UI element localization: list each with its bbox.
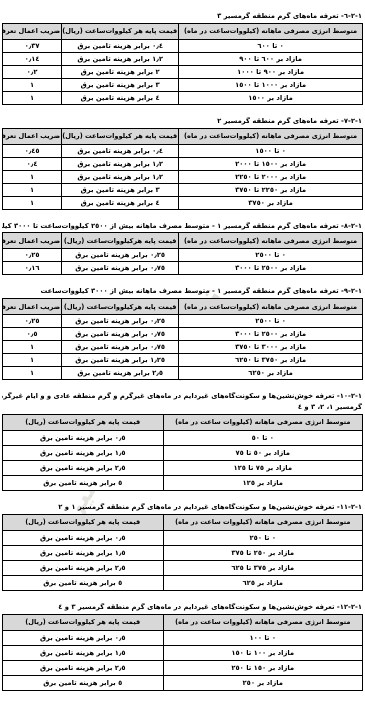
table-cell: ٠ تا ١٥٠٠	[179, 144, 363, 157]
tariff-table-7: متوسط انرژی مصرفی ماهانه (کیلووات ساعت د…	[2, 614, 363, 691]
tariff-table-5: متوسط انرژی مصرفی ماهانه (کیلووات ساعت د…	[2, 414, 363, 491]
table-row: مازاد بر ٥٠ تا ٧٥١٫٥ برابر هزینه تامین ب…	[3, 445, 363, 460]
table-cell: ٠٫٧٥ برابر هزینه تامین برق	[62, 328, 179, 341]
table-row: مازاد بر ٢٢٥٠ تا ٣٧٥٠٣ برابر هزینه تامین…	[3, 183, 363, 196]
column-header: قیمت پایه هر کیلووات‌ساعت (ریال)	[3, 614, 164, 630]
table-cell: ٠٫٤ برابر هزینه تامین برق	[62, 39, 179, 52]
table-cell: مازاد بر ١٥٠٠	[179, 91, 363, 104]
table-row: مازاد بر ٦٠٠ تا ٩٠٠١٫٢ برابر هزینه تامین…	[3, 52, 363, 65]
table-cell: ٠٫٢٥ برابر هزینه تامین برق	[62, 315, 179, 328]
table-cell: ٠ تا ٢٥٠٠	[179, 249, 363, 262]
tariff-section: ١-٢-٩- تعرفه ماه‌های گرم منطقه گرمسیر ١ …	[2, 287, 363, 380]
table-cell: ١	[3, 170, 62, 183]
table-cell: مازاد بر ٢٢٥٠ تا ٣٧٥٠	[179, 183, 363, 196]
column-header: متوسط انرژی مصرفی ماهانه (کیلووات‌ساعت د…	[179, 23, 363, 39]
section-title: ١-٢-٨- تعرفه ماه‌های گرم منطقه گرمسیر ١ …	[2, 222, 362, 231]
column-header: متوسط انرژی مصرفی ماهانه (کیلووات ساعت د…	[163, 614, 362, 630]
table-cell: ١٫٥ برابر هزینه تامین برق	[3, 645, 164, 660]
table-header-row: متوسط انرژی مصرفی ماهانه (کیلووات‌ساعت د…	[3, 128, 363, 144]
table-cell: مازاد بر ٥٠ تا ٧٥	[163, 445, 362, 460]
tariff-table-1: متوسط انرژی مصرفی ماهانه (کیلووات‌ساعت د…	[2, 23, 363, 105]
table-cell: ١	[3, 341, 62, 354]
table-cell: ٠٫٤	[3, 157, 62, 170]
table-cell: ٠٫١٤	[3, 52, 62, 65]
table-cell: مازاد بر ١٢٥	[163, 475, 362, 490]
column-header: قیمت پایه هر کیلووات‌ساعت (ریال)	[62, 23, 179, 39]
table-cell: ١٫٥ برابر هزینه تامین برق	[3, 445, 164, 460]
table-row: ٠ تا ١٠٠٠٫٥ برابر هزینه تامین برق	[3, 630, 363, 645]
table-row: ٠ تا ٢٥٠٠٠٫٢٥ برابر هزینه تامین برق٠٫٢٥	[3, 315, 363, 328]
table-cell: مازاد بر ٣٧٥٠	[179, 196, 363, 209]
table-cell: مازاد بر ١٥٠ تا ٢٥٠	[163, 660, 362, 675]
tariff-table-4: متوسط انرژی مصرفی ماهانه (کیلووات‌ساعت د…	[2, 298, 363, 380]
table-cell: ٥ برابر هزینه تامین برق	[3, 675, 164, 690]
table-row: ٠ تا ١٥٠٠٠٫٤ برابر هزینه تامین برق٠٫٤٥	[3, 144, 363, 157]
table-cell: ٢٫٥ برابر هزینه تامین برق	[3, 660, 164, 675]
table-cell: ٠ تا ٥٠	[163, 430, 362, 445]
table-row: مازاد بر ٢٥٠ تا ٣٧٥١٫٥ برابر هزینه تامین…	[3, 545, 363, 560]
column-header: متوسط انرژی مصرفی ماهانه (کیلووات‌ساعت د…	[179, 233, 363, 249]
table-row: ٠ تا ٢٥٠٠٠٫٢٥ برابر هزینه تامین برق٠٫٢٥	[3, 249, 363, 262]
table-cell: ٥ برابر هزینه تامین برق	[3, 575, 164, 590]
table-cell: مازاد بر ٢٠٠٠ تا ٢٢٥٠	[179, 170, 363, 183]
table-cell: ٠ تا ٢٥٠٠	[179, 315, 363, 328]
table-cell: ٠ تا ١٠٠	[163, 630, 362, 645]
table-cell: ٠٫٧٥ برابر هزینه تامین برق	[62, 262, 179, 275]
table-cell: مازاد بر ١٠٠ تا ١٥٠	[163, 645, 362, 660]
table-row: مازاد بر ٣٧٥٠٤ برابر هزینه تامین برق١	[3, 196, 363, 209]
column-header: قیمت پایه هر کیلووات‌ساعت (ریال)	[3, 514, 164, 530]
table-cell: ٠٫٤ برابر هزینه تامین برق	[62, 144, 179, 157]
section-title: ١-٢-١٠- تعرفه خوش‌نشین‌ها و سکونت‌گاه‌ها…	[2, 392, 362, 401]
table-cell: ٠٫٥ برابر هزینه تامین برق	[3, 530, 164, 545]
table-cell: ٢٫٥ برابر هزینه تامین برق	[62, 367, 179, 380]
table-row: مازاد بر ٣٠٠٠ تا ٣٧٥٠٠٫٧٥ برابر هزینه تا…	[3, 341, 363, 354]
section-title: ١-٢-٧- تعرفه ماه‌های گرم منطقه گرمسیر ٢	[2, 117, 362, 126]
table-row: مازاد بر ٢٥٠٥ برابر هزینه تامین برق	[3, 675, 363, 690]
section-title: ١-٢-٦- تعرفه ماه‌های گرم منطقه گرمسیر ٣	[2, 12, 362, 21]
table-row: ٠ تا ٦٠٠٠٫٤ برابر هزینه تامین برق٠٫٣٧	[3, 39, 363, 52]
table-cell: ٠٫٢٥	[3, 315, 62, 328]
table-cell: ٢ برابر هزینه تامین برق	[62, 65, 179, 78]
tariff-table-6: متوسط انرژی مصرفی ماهانه (کیلووات ساعت د…	[2, 514, 363, 591]
table-cell: ٥ برابر هزینه تامین برق	[3, 475, 164, 490]
table-cell: مازاد بر ٧٥ تا ١٢٥	[163, 460, 362, 475]
table-header-row: متوسط انرژی مصرفی ماهانه (کیلووات ساعت د…	[3, 614, 363, 630]
table-row: ٠ تا ٢٥٠٠٫٥ برابر هزینه تامین برق	[3, 530, 363, 545]
table-header-row: متوسط انرژی مصرفی ماهانه (کیلووات‌ساعت د…	[3, 23, 363, 39]
table-row: مازاد بر ٢٠٠٠ تا ٢٢٥٠١٫٢ برابر هزینه تام…	[3, 170, 363, 183]
table-cell: ١	[3, 367, 62, 380]
table-cell: ٢٫٥ برابر هزینه تامین برق	[3, 460, 164, 475]
table-cell: مازاد بر ٢٥٠٠ تا ٣٠٠٠	[179, 328, 363, 341]
column-header: متوسط انرژی مصرفی ماهانه (کیلووات‌ساعت د…	[179, 299, 363, 315]
table-cell: ٠ تا ٢٥٠	[163, 530, 362, 545]
column-header: ضریب اعمال تعرفه	[3, 233, 62, 249]
table-cell: مازاد بر ٢٥٠٠ تا ٣٠٠٠	[179, 262, 363, 275]
column-header: متوسط انرژی مصرفی ماهانه (کیلووات ساعت د…	[163, 414, 362, 430]
document-page: توانیر توانیر ١-٢-٦- تعرفه ماه‌های گرم م…	[0, 0, 365, 720]
column-header: ضریب اعمال تعرفه	[3, 128, 62, 144]
table-cell: مازاد بر ٣٧٥ تا ٦٢٥	[163, 560, 362, 575]
tariff-section: ١-٢-٧- تعرفه ماه‌های گرم منطقه گرمسیر ٢ …	[2, 117, 363, 210]
tariff-table-2: متوسط انرژی مصرفی ماهانه (کیلووات‌ساعت د…	[2, 128, 363, 210]
sections: ١-٢-٦- تعرفه ماه‌های گرم منطقه گرمسیر ٣ …	[2, 12, 363, 691]
table-cell: ٣ برابر هزینه تامین برق	[62, 78, 179, 91]
table-cell: ٢٫٥ برابر هزینه تامین برق	[3, 560, 164, 575]
section-title: ١-٢-١١- تعرفه خوش‌نشین‌ها و سکونت‌گاه‌ها…	[2, 503, 362, 512]
table-cell: ١٫٢ برابر هزینه تامین برق	[62, 157, 179, 170]
table-row: مازاد بر ١٥٠ تا ٢٥٠٢٫٥ برابر هزینه تامین…	[3, 660, 363, 675]
table-row: مازاد بر ١٠٠٠ تا ١٥٠٠٣ برابر هزینه تامین…	[3, 78, 363, 91]
table-cell: ١٫٢ برابر هزینه تامین برق	[62, 170, 179, 183]
table-cell: ٠٫٢٥	[3, 249, 62, 262]
table-row: مازاد بر ١٢٥٥ برابر هزینه تامین برق	[3, 475, 363, 490]
table-cell: ١٫٢٥ برابر هزینه تامین برق	[62, 354, 179, 367]
column-header: قیمت پایه هرکیلووات‌ساعت (ریال)	[62, 233, 179, 249]
table-header-row: متوسط انرژی مصرفی ماهانه (کیلووات ساعت د…	[3, 414, 363, 430]
table-cell: ٠٫٧٥ برابر هزینه تامین برق	[62, 341, 179, 354]
section-title: ١-٢-٩- تعرفه ماه‌های گرم منطقه گرمسیر ١ …	[2, 287, 362, 296]
table-row: مازاد بر ٣٧٥٠ تا ٦٢٥٠١٫٢٥ برابر هزینه تا…	[3, 354, 363, 367]
tariff-section: ١-٢-١٢- تعرفه خوش‌نشین‌ها و سکونت‌گاه‌ها…	[2, 603, 363, 691]
table-header-row: متوسط انرژی مصرفی ماهانه (کیلووات‌ساعت د…	[3, 233, 363, 249]
table-row: ٠ تا ٥٠٠٫٥ برابر هزینه تامین برق	[3, 430, 363, 445]
column-header: ضریب اعمال تعرفه	[3, 299, 62, 315]
table-cell: مازاد بر ١٥٠٠ تا ٢٠٠٠	[179, 157, 363, 170]
table-cell: ١	[3, 354, 62, 367]
column-header: قیمت پایه هرکیلووات‌ساعت (ریال)	[62, 299, 179, 315]
table-row: مازاد بر ٢٥٠٠ تا ٣٠٠٠٠٫٧٥ برابر هزینه تا…	[3, 262, 363, 275]
table-cell: ٠٫٥	[3, 328, 62, 341]
table-cell: مازاد بر ٦٢٥	[163, 575, 362, 590]
table-row: مازاد بر ٣٧٥ تا ٦٢٥٢٫٥ برابر هزینه تامین…	[3, 560, 363, 575]
column-header: متوسط انرژی مصرفی ماهانه (کیلووات‌ساعت د…	[179, 128, 363, 144]
column-header: قیمت پایه هر کیلووات‌ساعت (ریال)	[3, 414, 164, 430]
table-cell: مازاد بر ٢٥٠ تا ٣٧٥	[163, 545, 362, 560]
table-row: مازاد بر ٦٢٥٠٢٫٥ برابر هزینه تامین برق١	[3, 367, 363, 380]
table-cell: ١	[3, 78, 62, 91]
table-cell: مازاد بر ٢٥٠	[163, 675, 362, 690]
table-cell: ٠ تا ٦٠٠	[179, 39, 363, 52]
table-cell: مازاد بر ٣٧٥٠ تا ٦٢٥٠	[179, 354, 363, 367]
table-header-row: متوسط انرژی مصرفی ماهانه (کیلووات ساعت د…	[3, 514, 363, 530]
table-cell: ١	[3, 91, 62, 104]
column-header: ضریب اعمال تعرفه	[3, 23, 62, 39]
table-cell: ٣ برابر هزینه تامین برق	[62, 183, 179, 196]
column-header: متوسط انرژی مصرفی ماهانه (کیلووات ساعت د…	[163, 514, 362, 530]
table-cell: ٤ برابر هزینه تامین برق	[62, 91, 179, 104]
table-cell: ٠٫٥ برابر هزینه تامین برق	[3, 430, 164, 445]
tariff-section: ١-٢-١٠- تعرفه خوش‌نشین‌ها و سکونت‌گاه‌ها…	[2, 392, 363, 491]
table-row: مازاد بر ٧٥ تا ١٢٥٢٫٥ برابر هزینه تامین …	[3, 460, 363, 475]
table-cell: ٤ برابر هزینه تامین برق	[62, 196, 179, 209]
table-row: مازاد بر ١٥٠٠٤ برابر هزینه تامین برق١	[3, 91, 363, 104]
table-header-row: متوسط انرژی مصرفی ماهانه (کیلووات‌ساعت د…	[3, 299, 363, 315]
section-title: ١-٢-١٢- تعرفه خوش‌نشین‌ها و سکونت‌گاه‌ها…	[2, 603, 362, 612]
table-cell: ٠٫٢	[3, 65, 62, 78]
table-row: مازاد بر ١٥٠٠ تا ٢٠٠٠١٫٢ برابر هزینه تام…	[3, 157, 363, 170]
table-row: مازاد بر ٩٠٠ تا ١٠٠٠٢ برابر هزینه تامین …	[3, 65, 363, 78]
tariff-section: ١-٢-٦- تعرفه ماه‌های گرم منطقه گرمسیر ٣ …	[2, 12, 363, 105]
tariff-table-3: متوسط انرژی مصرفی ماهانه (کیلووات‌ساعت د…	[2, 232, 363, 275]
table-cell: ١	[3, 196, 62, 209]
table-cell: ٠٫٥ برابر هزینه تامین برق	[3, 630, 164, 645]
table-cell: مازاد بر ١٠٠٠ تا ١٥٠٠	[179, 78, 363, 91]
column-header: قیمت پایه هر کیلووات‌ساعت (ریال)	[62, 128, 179, 144]
tariff-section: ١-٢-٨- تعرفه ماه‌های گرم منطقه گرمسیر ١ …	[2, 222, 363, 276]
tariff-section: ١-٢-١١- تعرفه خوش‌نشین‌ها و سکونت‌گاه‌ها…	[2, 503, 363, 591]
table-cell: مازاد بر ٦٢٥٠	[179, 367, 363, 380]
table-cell: ٠٫٤٥	[3, 144, 62, 157]
table-cell: مازاد بر ٦٠٠ تا ٩٠٠	[179, 52, 363, 65]
table-cell: ١٫٥ برابر هزینه تامین برق	[3, 545, 164, 560]
section-title-line2: گرمسیر ١، ٢، ٣ و ٤	[2, 403, 362, 412]
table-cell: ٠٫٣٧	[3, 39, 62, 52]
table-row: مازاد بر ١٠٠ تا ١٥٠١٫٥ برابر هزینه تامین…	[3, 645, 363, 660]
table-row: مازاد بر ٢٥٠٠ تا ٣٠٠٠٠٫٧٥ برابر هزینه تا…	[3, 328, 363, 341]
table-row: مازاد بر ٦٢٥٥ برابر هزینه تامین برق	[3, 575, 363, 590]
table-cell: ١٫٢ برابر هزینه تامین برق	[62, 52, 179, 65]
table-cell: مازاد بر ٣٠٠٠ تا ٣٧٥٠	[179, 341, 363, 354]
table-cell: ٠٫٢٥ برابر هزینه تامین برق	[62, 249, 179, 262]
table-cell: ٠٫١٦	[3, 262, 62, 275]
table-cell: مازاد بر ٩٠٠ تا ١٠٠٠	[179, 65, 363, 78]
table-cell: ١	[3, 183, 62, 196]
